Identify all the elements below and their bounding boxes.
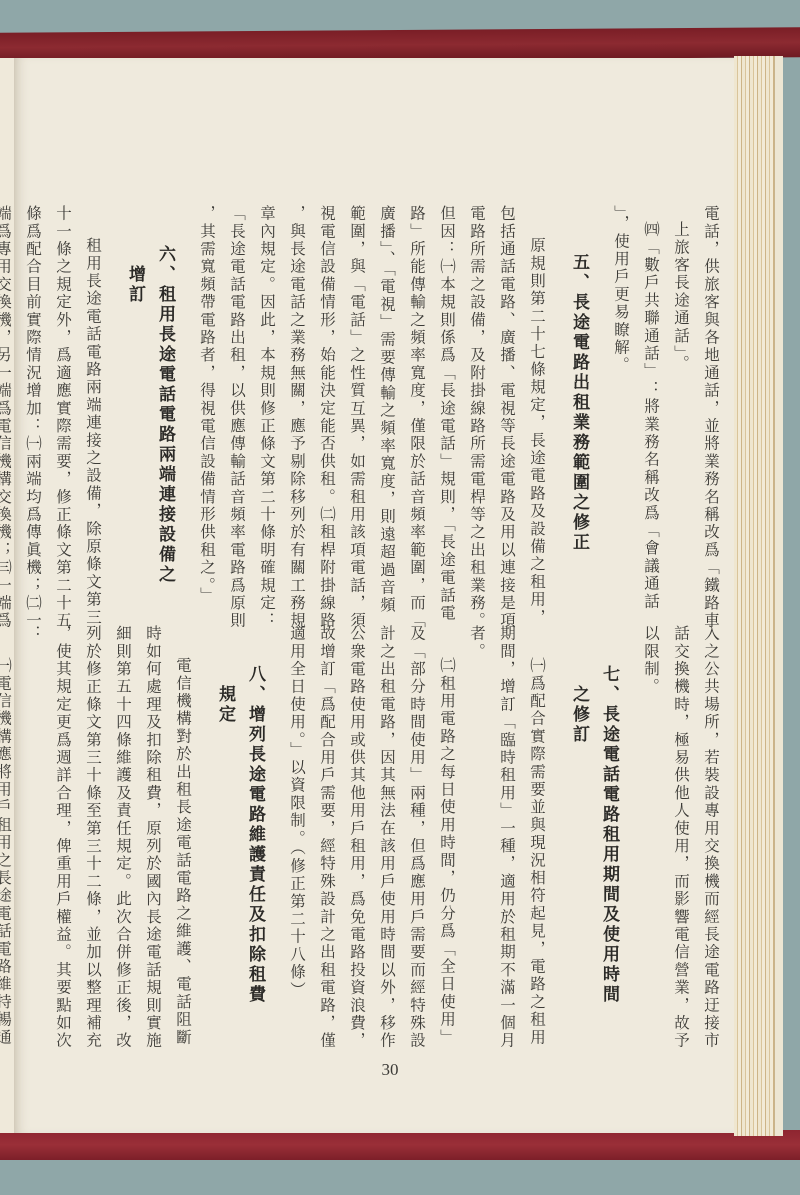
bottom-text-band: 入之公共場所，若裝設專用交換機而經長途電路迂接市 話交換機時，極易供他人使用，而…: [66, 625, 726, 1035]
section-heading-8-line2: 規定: [210, 665, 240, 1035]
page-stack-end: [774, 56, 783, 1136]
text-column: 入之公共場所，若裝設專用交換機而經長途電路迂接市: [696, 625, 726, 1035]
text-column: 公衆電路使用或供其他用戶租用，爲免電路投資浪費，: [342, 625, 372, 1035]
section-heading-6-line2: 增訂: [120, 245, 150, 605]
text-column: 視電信設備情形，始能決定能否供租。㈡租桿附掛線路: [312, 205, 342, 605]
text-column: 租用長途電話電路兩端連接之設備，除原條文第三: [78, 205, 108, 605]
text-column: 以限制。: [636, 625, 666, 1035]
section-heading-8-line1: 八、增列長途電路維護責任及扣除租費: [245, 665, 265, 1005]
text-column: 端爲專用交換機，另一端爲電信機構交換機；㈢一端爲: [0, 205, 18, 605]
section-heading-7: 七、長途電話電路租用期間及使用時間 之修訂: [564, 625, 624, 1035]
text-column: 路」所能傳輸之頻率寬度，僅限於話音頻率範圍，而「: [402, 205, 432, 605]
text-column: 電話，供旅客與各地通話，並將業務名稱改爲「鐵路車: [696, 205, 726, 605]
text-column: 細則第五十四條維護及責任規定。此次合併修正後，改: [108, 625, 138, 1035]
text-column: 期間，增訂「臨時租用」一種，適用於租期不滿一個月: [492, 625, 522, 1035]
prev-section-continuation: 電話，供旅客與各地通話，並將業務名稱改爲「鐵路車 上旅客長途通話」。 ㈣「數戶共…: [606, 205, 726, 605]
text-column: 原規則第二十七條規定，長途電路及設備之租用，: [522, 205, 552, 605]
text-column: ㈠電信機構應將用戶租用之長途電話電路維持暢通: [0, 625, 18, 1035]
text-column: 電信機構對於出租長途電話電路之維護、電話阻斷: [168, 625, 198, 1035]
page-stack-edges: [734, 56, 774, 1136]
text-column: ㈠爲配合實際需要並與現況相符起見，電路之租用: [522, 625, 552, 1035]
text-column: 時如何處理及扣除租費，原列於國內長途電話規則實施: [138, 625, 168, 1035]
text-column: 十一條之規定外，爲適應實際需要，修正條文第二十五: [48, 205, 78, 605]
page-number: 30: [360, 1060, 420, 1080]
text-column: 話交換機時，極易供他人使用，而影響電信營業，故予: [666, 625, 696, 1035]
section-heading-7-line1: 七、長途電話電路租用期間及使用時間: [599, 665, 619, 1005]
text-column: 電路所需之設備，及附掛線路所需電桿等之出租業務。: [462, 205, 492, 605]
section-8-body: 電信機構對於出租長途電話電路之維護、電話阻斷 時如何處理及扣除租費，原列於國內長…: [0, 625, 198, 1035]
text-column: 適用全日使用。」以資限制。（修正第二十八條）: [282, 625, 312, 1035]
book-cover-bottom-edge: [0, 1130, 800, 1160]
text-column: 者。: [462, 625, 492, 1035]
text-column: 章內規定。因此，本規則修正條文第二十條明確規定：: [252, 205, 282, 605]
section-heading-6-line1: 六、租用長途電話電路兩端連接設備之: [155, 245, 175, 585]
section-heading-7-line2: 之修訂: [564, 665, 594, 1035]
text-column: 計之出租電路，因其無法在該用戶使用時間以外，移作: [372, 625, 402, 1035]
text-column: ，使其規定更爲週詳合理，俾重用戶權益。其要點如次: [48, 625, 78, 1035]
text-column: ㈡租用電路之每日使用時間，仍分爲「全日使用」: [432, 625, 462, 1035]
text-column: 條爲配合目前實際情況增加：㈠兩端均爲傳眞機；㈡一: [18, 205, 48, 605]
text-column: 包括通話電路、廣播、電視等長途電路及用以連接是項: [492, 205, 522, 605]
text-column: 及「部分時間使用」兩種，但爲應用戶需要而經特殊設: [402, 625, 432, 1035]
section-6-continuation: 入之公共場所，若裝設專用交換機而經長途電路迂接市 話交換機時，極易供他人使用，而…: [636, 625, 726, 1035]
section-7-body: ㈠爲配合實際需要並與現況相符起見，電路之租用 期間，增訂「臨時租用」一種，適用於…: [282, 625, 552, 1035]
text-column: 故增訂「爲配合用戶需要，經特殊設計之出租電路，僅: [312, 625, 342, 1035]
section-heading-5: 五、長途電路出租業務範圍之修正: [564, 205, 594, 605]
top-text-band: 電話，供旅客與各地通話，並將業務名稱改爲「鐵路車 上旅客長途通話」。 ㈣「數戶共…: [66, 205, 726, 605]
text-column: ：: [18, 625, 48, 1035]
text-column: 廣播」、「電視」需要傳輸之頻率寬度，則遠超過音頻: [372, 205, 402, 605]
text-column: 上旅客長途通話」。: [666, 205, 696, 605]
text-column: 列於修正條文第三十條至第三十二條，並加以整理補充: [78, 625, 108, 1035]
section-6-body: 租用長途電話電路兩端連接之設備，除原條文第三 十一條之規定外，爲適應實際需要，修…: [0, 205, 108, 605]
text-column: ，與長途電話之業務無關，應予剔除移列於有關工務規: [282, 205, 312, 605]
text-column: 」，使用戶更易瞭解。: [606, 205, 636, 605]
text-column: 「長途電話電路出租，以供應傳輸話音頻率電路爲原則: [222, 205, 252, 605]
section-5-body: 原規則第二十七條規定，長途電路及設備之租用， 包括通話電路、廣播、電視等長途電路…: [192, 205, 552, 605]
section-heading-6: 六、租用長途電話電路兩端連接設備之 增訂: [120, 205, 180, 605]
text-column: 但因：㈠本規則係爲「長途電話」規則，「長途電話電: [432, 205, 462, 605]
text-column: 範圍，與「電話」之性質互異，如需租用該項電話，須: [342, 205, 372, 605]
text-column: ㈣「數戶共聯通話」：將業務名稱改爲「會議通話: [636, 205, 666, 605]
section-heading-8: 八、增列長途電路維護責任及扣除租費 規定: [210, 625, 270, 1035]
text-column: ，其需寬頻帶電路者，得視電信設備情形供租之。」: [192, 205, 222, 605]
